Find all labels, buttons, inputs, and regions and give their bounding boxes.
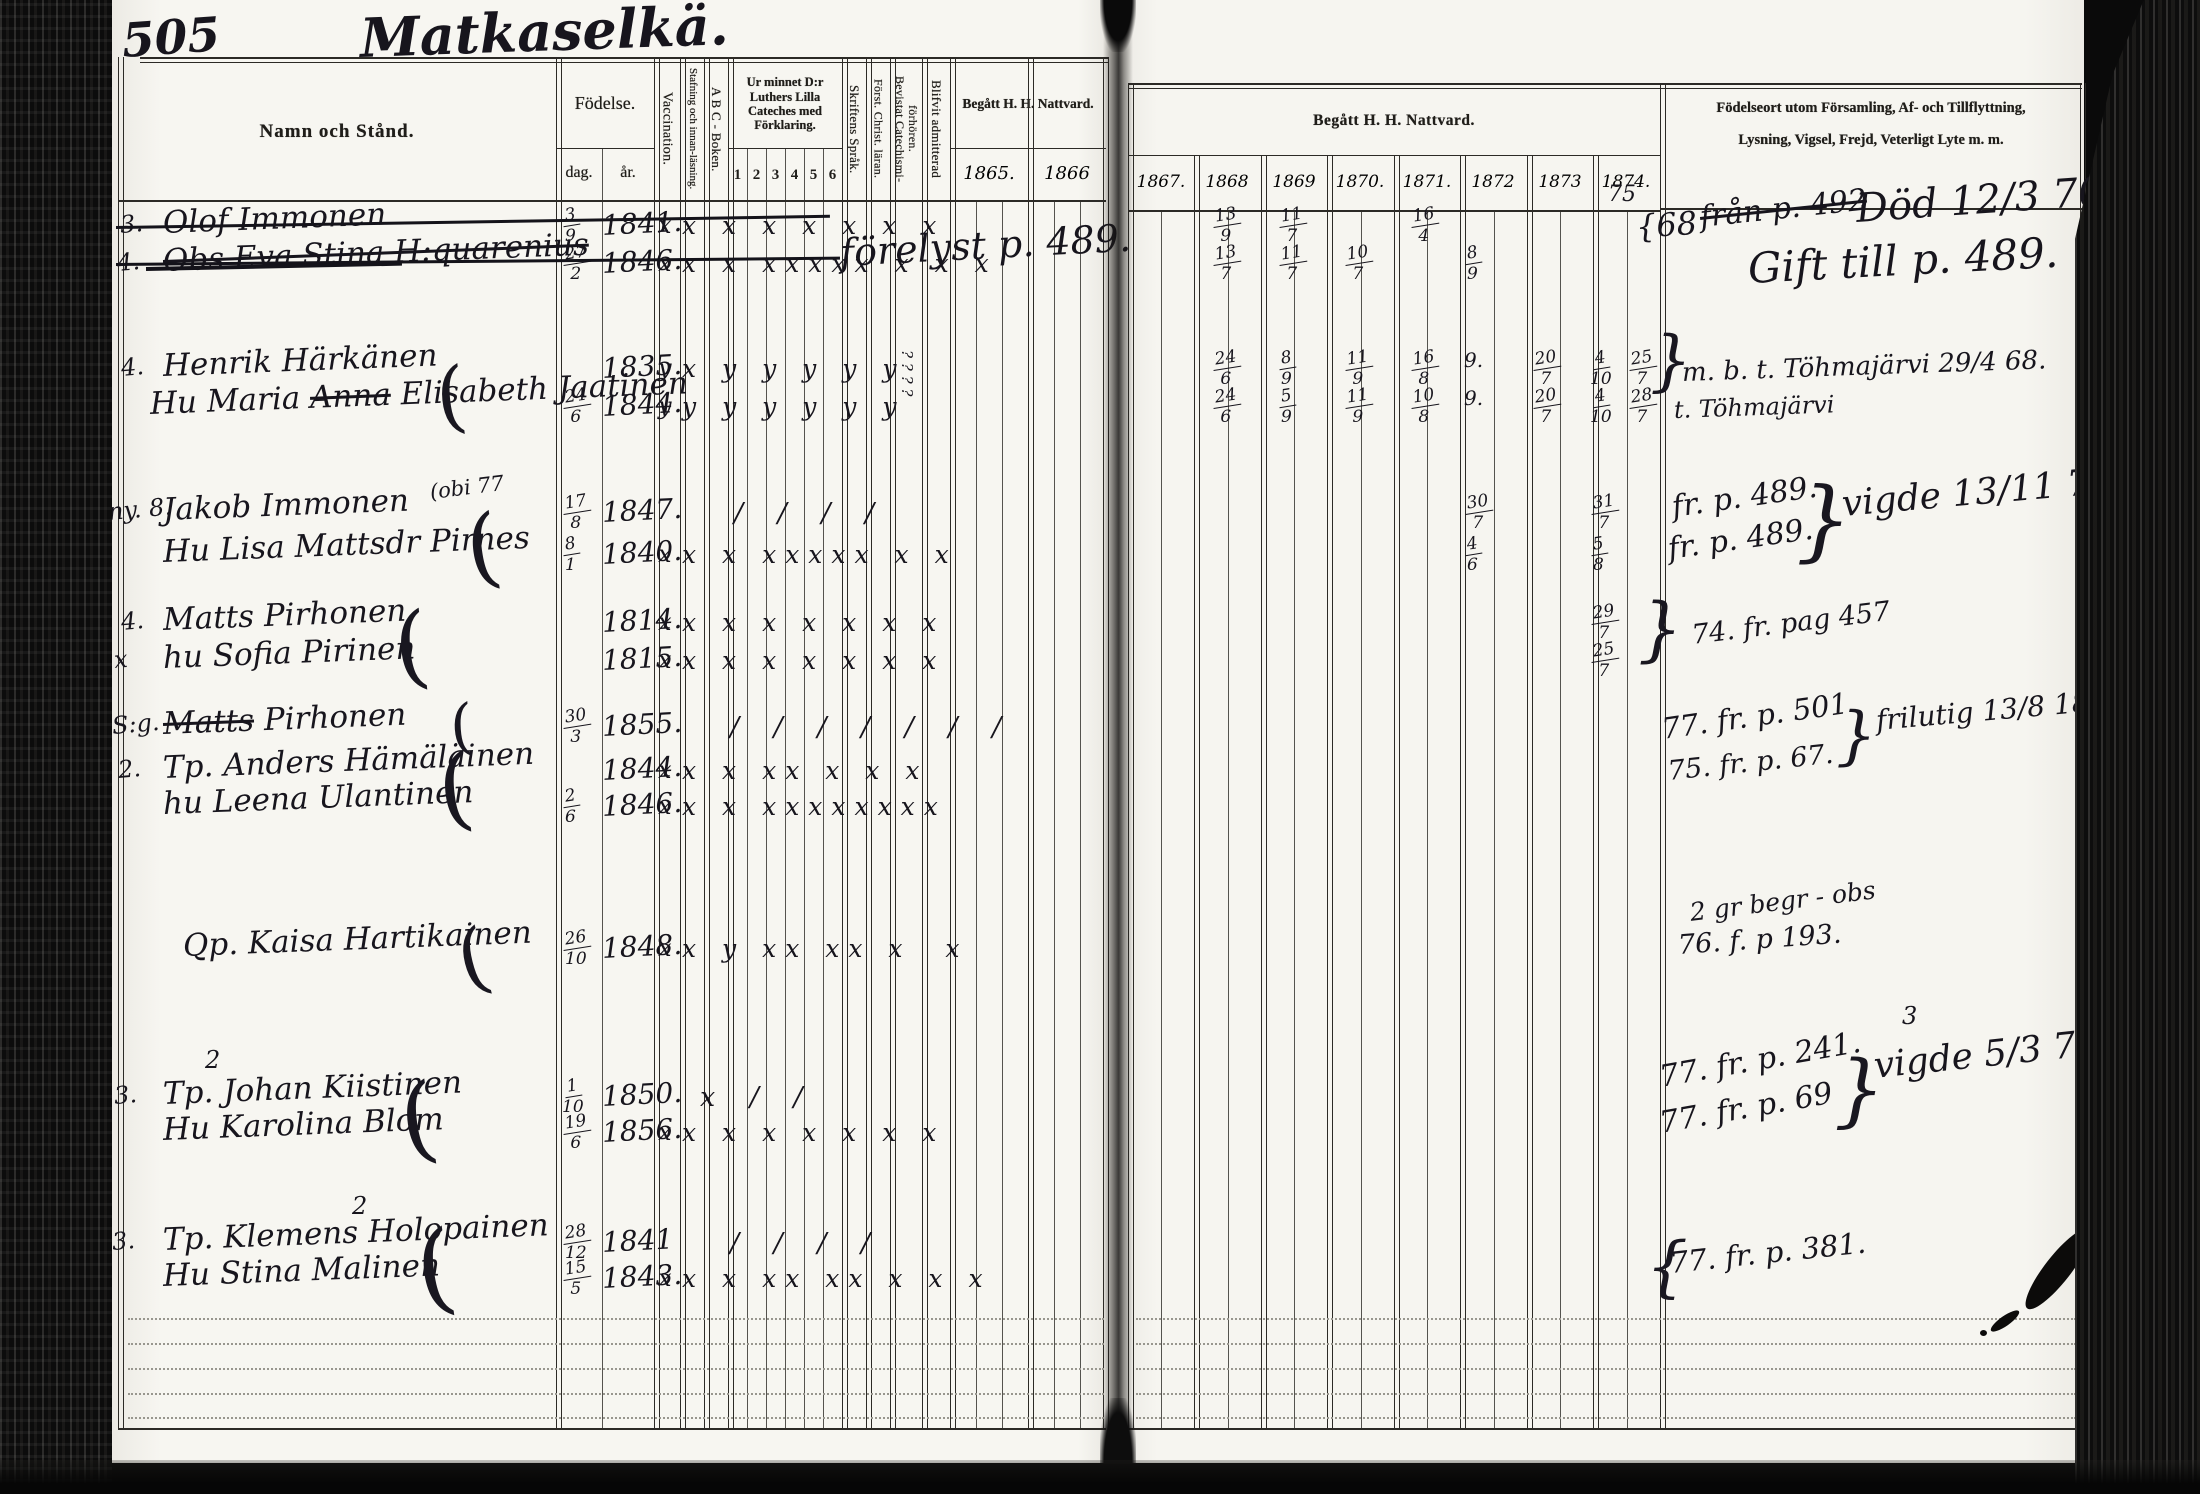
communion-date: 410 bbox=[1590, 350, 1612, 388]
reading-marks: / / / / / / / bbox=[730, 712, 1014, 743]
column-header-communion-right: Begått H. H. Nattvard. bbox=[1128, 92, 1660, 150]
birth-day: 196 bbox=[562, 1114, 590, 1152]
ink-speck bbox=[1980, 1330, 1987, 1336]
communion-date: 89 bbox=[1464, 245, 1481, 283]
catechism-col-4: 4 bbox=[785, 152, 804, 198]
birth-year: 1855. bbox=[601, 706, 683, 743]
year-column-1871: 1871. bbox=[1394, 156, 1460, 208]
note-brace: } bbox=[1638, 596, 1683, 663]
page-number: 505 bbox=[120, 7, 222, 69]
grid-hline bbox=[1128, 155, 1660, 156]
reading-marks: x / / bbox=[700, 1082, 816, 1113]
reading-marks: x x x x x x x bbox=[682, 646, 945, 675]
birth-day: 272 bbox=[562, 245, 590, 283]
grid-hline bbox=[1128, 1428, 2082, 1430]
birth-year: 1850. bbox=[601, 1076, 683, 1113]
grid-vline bbox=[1054, 200, 1055, 1428]
gutter-shadow-top bbox=[1100, 0, 1136, 52]
row-number: S:g. bbox=[111, 708, 161, 740]
reading-marks: / / / / bbox=[730, 1228, 883, 1259]
vaccination-mark: x bbox=[658, 540, 672, 568]
reading-marks: x x x x x x x bbox=[682, 608, 945, 637]
birth-day: 303 bbox=[562, 708, 590, 746]
empty-row-dotted-line bbox=[128, 1318, 1104, 1320]
communion-date: 117 bbox=[1278, 207, 1306, 245]
birth-day: 26 bbox=[562, 788, 579, 826]
row-number: 2. bbox=[117, 754, 142, 784]
empty-row-dotted-line bbox=[128, 1417, 1104, 1419]
grid-vline-double bbox=[1327, 155, 1333, 1428]
empty-row-dotted-line bbox=[1136, 1318, 2076, 1320]
birth-day: 110 bbox=[562, 1078, 584, 1116]
catechism-col-2: 2 bbox=[747, 152, 766, 198]
grid-vline bbox=[1080, 200, 1081, 1428]
gutter-shadow-bottom bbox=[1100, 1398, 1136, 1464]
notes-column-header-line2: Lysning, Vigsel, Frejd, Veterligt Lyte m… bbox=[1660, 132, 2082, 149]
grid-vline bbox=[1494, 210, 1495, 1428]
reading-marks: y y y y y y bbox=[682, 392, 905, 421]
column-header-birth: Födelse. bbox=[556, 60, 654, 146]
reading-marks: x x xx xx x x x bbox=[682, 1264, 992, 1293]
communion-date: 46 bbox=[1464, 536, 1481, 574]
vaccination-mark: y bbox=[658, 392, 672, 420]
communion-date: 246 bbox=[1212, 350, 1240, 388]
communion-date: 108 bbox=[1410, 388, 1438, 426]
scan-edge-bottom bbox=[0, 1460, 2200, 1494]
vaccination-mark: x bbox=[658, 608, 672, 636]
book-gutter-shadow bbox=[1103, 0, 1133, 1463]
vaccination-mark: x bbox=[658, 211, 672, 239]
grid-hline bbox=[1128, 83, 2082, 85]
communion-date: 107 bbox=[1344, 245, 1372, 283]
year-column-1867: 1867. bbox=[1128, 156, 1194, 208]
communion-date: 164 bbox=[1410, 207, 1438, 245]
grid-vline-double bbox=[1261, 155, 1267, 1428]
communion-date: 9. bbox=[1464, 388, 1483, 408]
communion-date: 207 bbox=[1532, 388, 1560, 426]
reading-marks: x y xx xx x x bbox=[682, 934, 969, 963]
margin-note: t. Töhmajärvi bbox=[1674, 390, 1835, 424]
row-number: 3. bbox=[119, 209, 144, 239]
empty-row-dotted-line bbox=[1136, 1343, 2076, 1345]
reading-marks: x x xxxxx x x bbox=[682, 540, 958, 569]
scan-edge-right bbox=[2075, 0, 2200, 1494]
row-number: 3. bbox=[113, 1080, 138, 1110]
column-header-name: Namn och Stånd. bbox=[118, 66, 556, 198]
grid-vline bbox=[1161, 210, 1162, 1428]
note-brace: } bbox=[1650, 330, 1692, 393]
scanned-parish-register-page: 505 Matkaselkä. Namn och Stånd. Födelse.… bbox=[0, 0, 2200, 1494]
year-column-1873: 1873 bbox=[1527, 156, 1593, 208]
grid-vline bbox=[976, 200, 977, 1428]
row-number: 3. bbox=[111, 1226, 136, 1256]
grid-hline bbox=[1128, 88, 2082, 89]
birth-day: 178 bbox=[562, 494, 590, 532]
empty-row-dotted-line bbox=[128, 1393, 1104, 1395]
grid-hline bbox=[728, 148, 842, 149]
communion-date: 139 bbox=[1212, 207, 1240, 245]
margin-note: 3 bbox=[1902, 1002, 1917, 1030]
birth-year: 1847. bbox=[601, 492, 683, 529]
birth-day: 81 bbox=[562, 536, 579, 574]
communion-date: 257 bbox=[1590, 642, 1618, 680]
name-main: Pirhonen bbox=[253, 697, 407, 739]
birth-day: 2812 bbox=[562, 1224, 590, 1262]
column-header-birth-year: år. bbox=[602, 148, 654, 198]
grid-vline bbox=[1002, 200, 1003, 1428]
empty-row-dotted-line bbox=[1136, 1368, 2076, 1370]
grid-hline bbox=[1128, 210, 1660, 212]
vaccination-mark: x bbox=[658, 934, 672, 962]
grid-vline-double bbox=[1194, 155, 1200, 1428]
year-column-1865: 1865. bbox=[950, 148, 1028, 198]
reading-marks: x y y y y y bbox=[682, 354, 905, 383]
birth-day: 246 bbox=[562, 388, 590, 426]
grid-vline bbox=[1560, 210, 1561, 1428]
vaccination-mark: x bbox=[658, 756, 672, 784]
vaccination-mark: x bbox=[658, 249, 672, 277]
year-column-1872: 1872 bbox=[1460, 156, 1526, 208]
birth-year: 1841 bbox=[601, 1222, 674, 1259]
grid-hline bbox=[140, 62, 1108, 63]
communion-date: 119 bbox=[1344, 388, 1372, 426]
communion-date: 137 bbox=[1212, 245, 1240, 283]
grid-vline-double bbox=[1593, 155, 1599, 1428]
vaccination-mark: x bbox=[658, 1118, 672, 1146]
vaccination-mark: x bbox=[658, 792, 672, 820]
row-number: x bbox=[113, 645, 129, 674]
reading-marks: / / / / bbox=[734, 498, 887, 529]
column-header-catechism: Ur minnet D:r Luthers Lilla Cateches med… bbox=[728, 62, 842, 146]
reading-marks: x x x x x x x bbox=[682, 1118, 945, 1147]
birth-day: 2610 bbox=[562, 930, 590, 968]
communion-date: 317 bbox=[1590, 494, 1618, 532]
communion-date: 59 bbox=[1278, 388, 1295, 426]
empty-row-dotted-line bbox=[128, 1343, 1104, 1345]
year-column-1870: 1870. bbox=[1327, 156, 1393, 208]
row-number: 4. bbox=[120, 352, 145, 382]
grid-vline-double bbox=[1394, 155, 1400, 1428]
grid-hline bbox=[118, 1428, 1106, 1430]
communion-date: 207 bbox=[1532, 350, 1560, 388]
name-prefix: Hu Maria bbox=[149, 380, 310, 422]
grid-hline bbox=[556, 148, 654, 149]
year-column-1868: 1868 bbox=[1194, 156, 1260, 208]
name-struck: Anna bbox=[309, 377, 391, 416]
communion-date: 89 bbox=[1278, 350, 1295, 388]
empty-row-dotted-line bbox=[1136, 1393, 2076, 1395]
empty-row-dotted-line bbox=[1136, 1417, 2076, 1419]
grid-vline-double bbox=[1460, 155, 1466, 1428]
grid-vline-double bbox=[1660, 83, 1666, 1428]
communion-date: 297 bbox=[1590, 604, 1618, 642]
catechism-col-3: 3 bbox=[766, 152, 785, 198]
year-column-1869: 1869 bbox=[1261, 156, 1327, 208]
name-struck: Matts bbox=[162, 703, 254, 742]
scan-edge-left bbox=[0, 0, 112, 1494]
communion-date: 410 bbox=[1590, 388, 1612, 426]
grid-vline-double bbox=[1527, 155, 1533, 1428]
inserted-digit: 2 bbox=[205, 1046, 220, 1074]
vaccination-mark: x bbox=[658, 646, 672, 674]
row-number: 4. bbox=[120, 606, 145, 636]
vaccination-mark: x bbox=[658, 1264, 672, 1292]
communion-date: 307 bbox=[1464, 494, 1492, 532]
grid-hline bbox=[140, 57, 1108, 59]
birth-day: 155 bbox=[562, 1260, 590, 1298]
reading-marks: x x xxxxxxxx bbox=[682, 792, 947, 821]
catechism-col-5: 5 bbox=[804, 152, 823, 198]
empty-row-dotted-line bbox=[128, 1368, 1104, 1370]
column-header-birth-day: dag. bbox=[556, 148, 602, 198]
year-column-1866: 1866 bbox=[1028, 148, 1106, 198]
communion-date: 246 bbox=[1212, 388, 1240, 426]
communion-date: 58 bbox=[1590, 536, 1607, 574]
note-brace: } bbox=[1836, 706, 1877, 767]
communion-date: 117 bbox=[1278, 245, 1306, 283]
grid-hline bbox=[950, 148, 1106, 149]
communion-date: 119 bbox=[1344, 350, 1372, 388]
catechism-col-6: 6 bbox=[823, 152, 842, 198]
notes-column-header-line1: Födelseort utom Församling, Af- och Till… bbox=[1660, 100, 2082, 117]
communion-date: 9. bbox=[1464, 350, 1483, 370]
reading-marks: x x xx x x x bbox=[682, 756, 928, 785]
communion-date: 168 bbox=[1410, 350, 1438, 388]
margin-note: {68 bbox=[1635, 204, 1699, 246]
corner-note-75: 75 bbox=[1608, 182, 1636, 207]
